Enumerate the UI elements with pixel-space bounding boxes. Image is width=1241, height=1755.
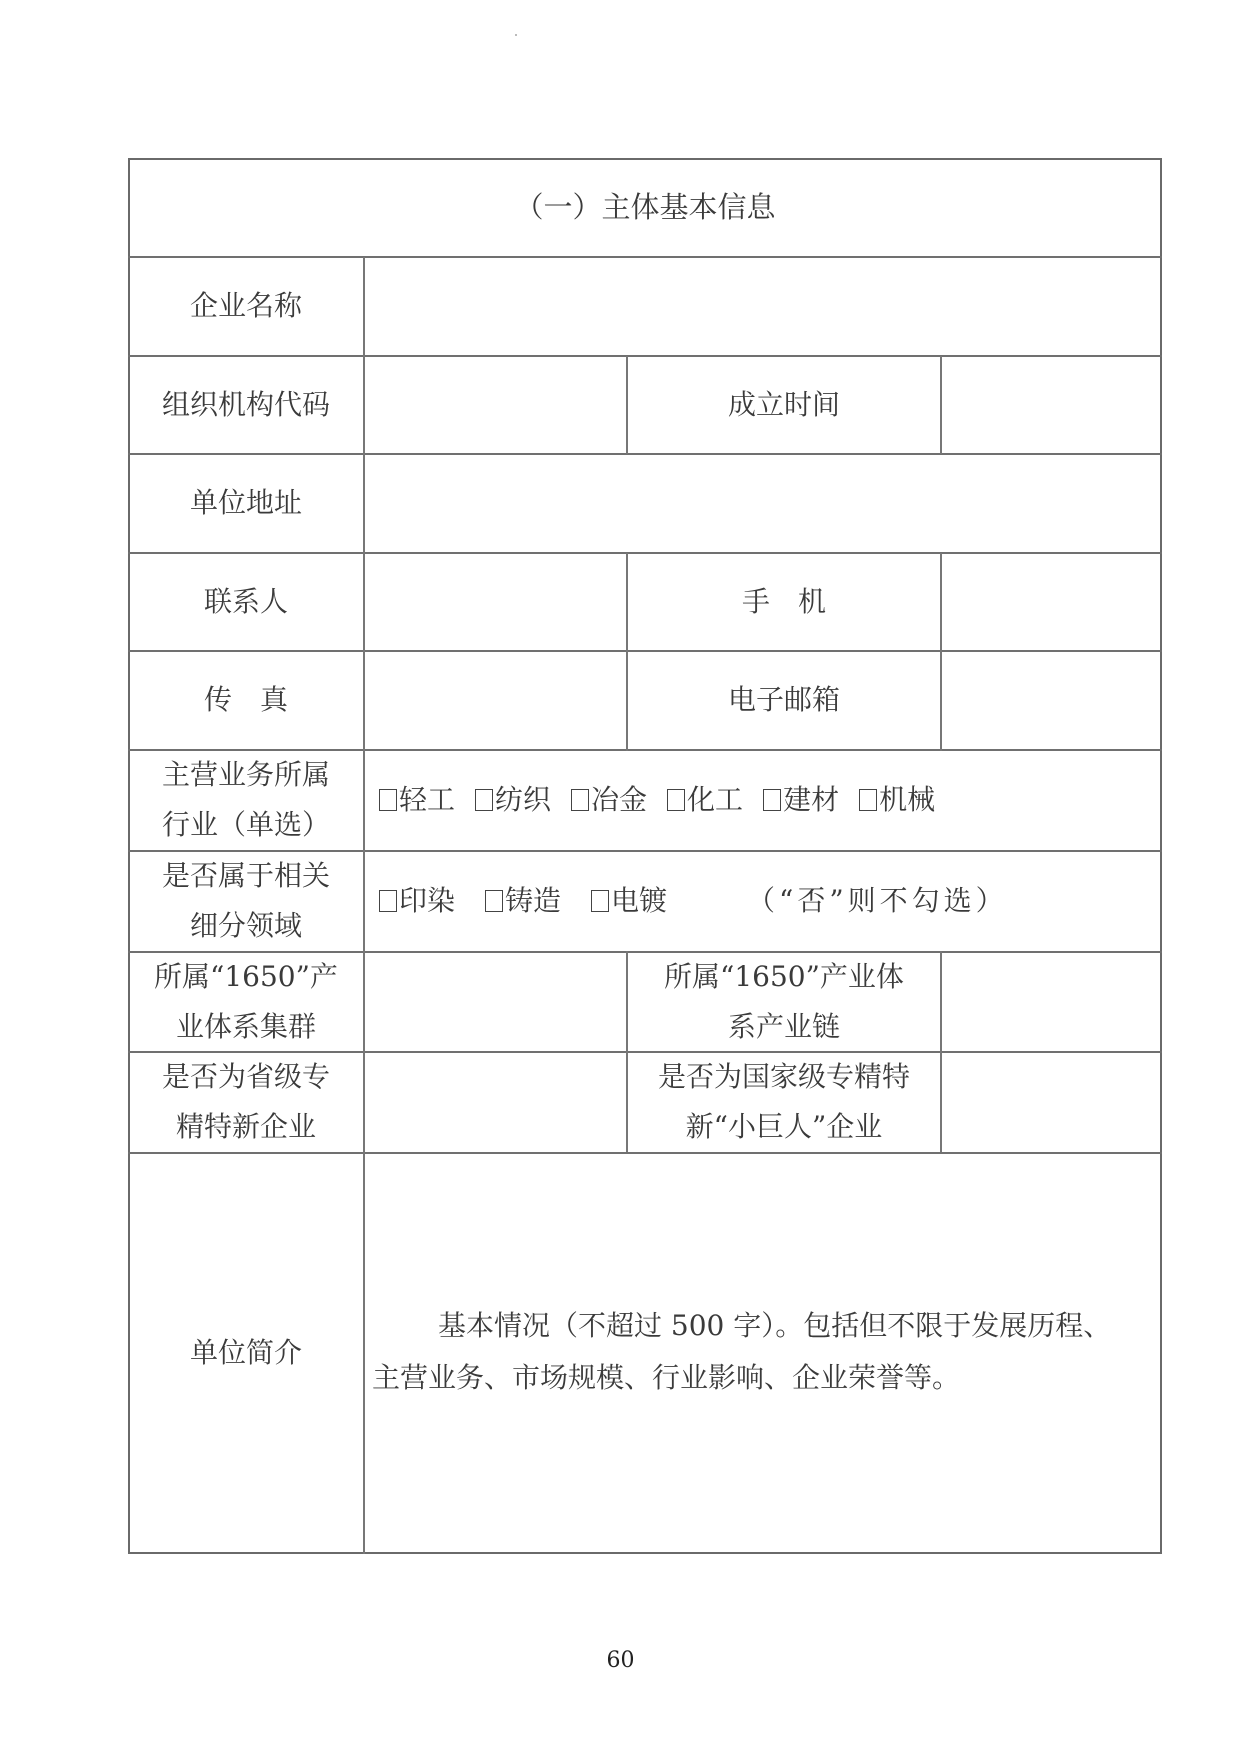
industry-option-building[interactable]: 建材 [763, 775, 839, 825]
cluster-label: 所属“1650”产 业体系集群 [128, 952, 364, 1051]
cluster-label-line2: 业体系集群 [176, 1002, 316, 1052]
checkbox-icon[interactable] [475, 789, 493, 811]
subfield-label-line1: 是否属于相关 [162, 851, 330, 901]
industry-label-line2: 行业（单选） [162, 800, 330, 850]
company-name-label: 企业名称 [128, 257, 364, 355]
provincial-specialized-line2: 精特新企业 [176, 1102, 316, 1152]
industry-options: 轻工 纺织 冶金 化工 建材 机械 [365, 750, 1162, 850]
national-little-giant-field[interactable] [942, 1052, 1162, 1152]
subfield-label-line2: 细分领域 [190, 901, 302, 951]
fax-field[interactable] [365, 651, 626, 749]
company-name-field[interactable] [365, 257, 1162, 355]
cluster-label-line1: 所属“1650”产 [154, 952, 338, 1002]
national-little-giant-line2: 新“小巨人”企业 [686, 1102, 883, 1152]
provincial-specialized-label: 是否为省级专 精特新企业 [128, 1052, 364, 1152]
checkbox-icon[interactable] [379, 789, 397, 811]
mobile-field[interactable] [942, 553, 1162, 650]
industry-option-chemical[interactable]: 化工 [667, 775, 743, 825]
subfield-label: 是否属于相关 细分领域 [128, 851, 364, 951]
national-little-giant-line1: 是否为国家级专精特 [658, 1052, 910, 1102]
subfield-options: 印染 铸造 电镀 （“否”则不勾选） [365, 851, 1162, 951]
address-field[interactable] [365, 454, 1162, 552]
subfield-note: （“否”则不勾选） [747, 876, 1008, 926]
provincial-specialized-field[interactable] [365, 1052, 626, 1152]
subfield-option-dyeing[interactable]: 印染 [379, 876, 455, 926]
intro-text-line1: 基本情况（不超过 500 字）。包括但不限于发展历程、 [372, 1300, 1162, 1352]
checkbox-icon[interactable] [485, 890, 503, 912]
founded-date-field[interactable] [942, 356, 1162, 453]
provincial-specialized-line1: 是否为省级专 [162, 1052, 330, 1102]
industry-option-textile[interactable]: 纺织 [475, 775, 551, 825]
checkbox-icon[interactable] [859, 789, 877, 811]
national-little-giant-label: 是否为国家级专精特 新“小巨人”企业 [628, 1052, 940, 1152]
checkbox-icon[interactable] [591, 890, 609, 912]
page-number: 60 [0, 1648, 1241, 1673]
subfield-option-plating[interactable]: 电镀 [591, 876, 667, 926]
chain-field[interactable] [942, 952, 1162, 1051]
address-label: 单位地址 [128, 454, 364, 552]
checkbox-icon[interactable] [763, 789, 781, 811]
fax-label: 传 真 [128, 651, 364, 749]
industry-option-light[interactable]: 轻工 [379, 775, 455, 825]
contact-label: 联系人 [128, 553, 364, 650]
email-label: 电子邮箱 [628, 651, 940, 749]
intro-text-line2: 主营业务、市场规模、行业影响、企业荣誉等。 [372, 1352, 1162, 1404]
industry-label-line1: 主营业务所属 [162, 750, 330, 800]
intro-field[interactable]: 基本情况（不超过 500 字）。包括但不限于发展历程、 主营业务、市场规模、行业… [372, 1300, 1162, 1404]
cluster-field[interactable] [365, 952, 626, 1051]
email-field[interactable] [942, 651, 1162, 749]
chain-label: 所属“1650”产业体 系产业链 [628, 952, 940, 1051]
industry-option-machinery[interactable]: 机械 [859, 775, 935, 825]
mobile-label: 手 机 [628, 553, 940, 650]
checkbox-icon[interactable] [571, 789, 589, 811]
chain-label-line1: 所属“1650”产业体 [664, 952, 904, 1002]
scan-mark [515, 34, 517, 36]
org-code-label: 组织机构代码 [128, 356, 364, 453]
subfield-option-casting[interactable]: 铸造 [485, 876, 561, 926]
contact-field[interactable] [365, 553, 626, 650]
intro-label: 单位简介 [128, 1153, 364, 1553]
section-title: （一）主体基本信息 [128, 158, 1162, 256]
founded-date-label: 成立时间 [628, 356, 940, 453]
org-code-field[interactable] [365, 356, 626, 453]
industry-option-metallurgy[interactable]: 冶金 [571, 775, 647, 825]
industry-label: 主营业务所属 行业（单选） [128, 750, 364, 850]
checkbox-icon[interactable] [379, 890, 397, 912]
checkbox-icon[interactable] [667, 789, 685, 811]
chain-label-line2: 系产业链 [728, 1002, 840, 1052]
